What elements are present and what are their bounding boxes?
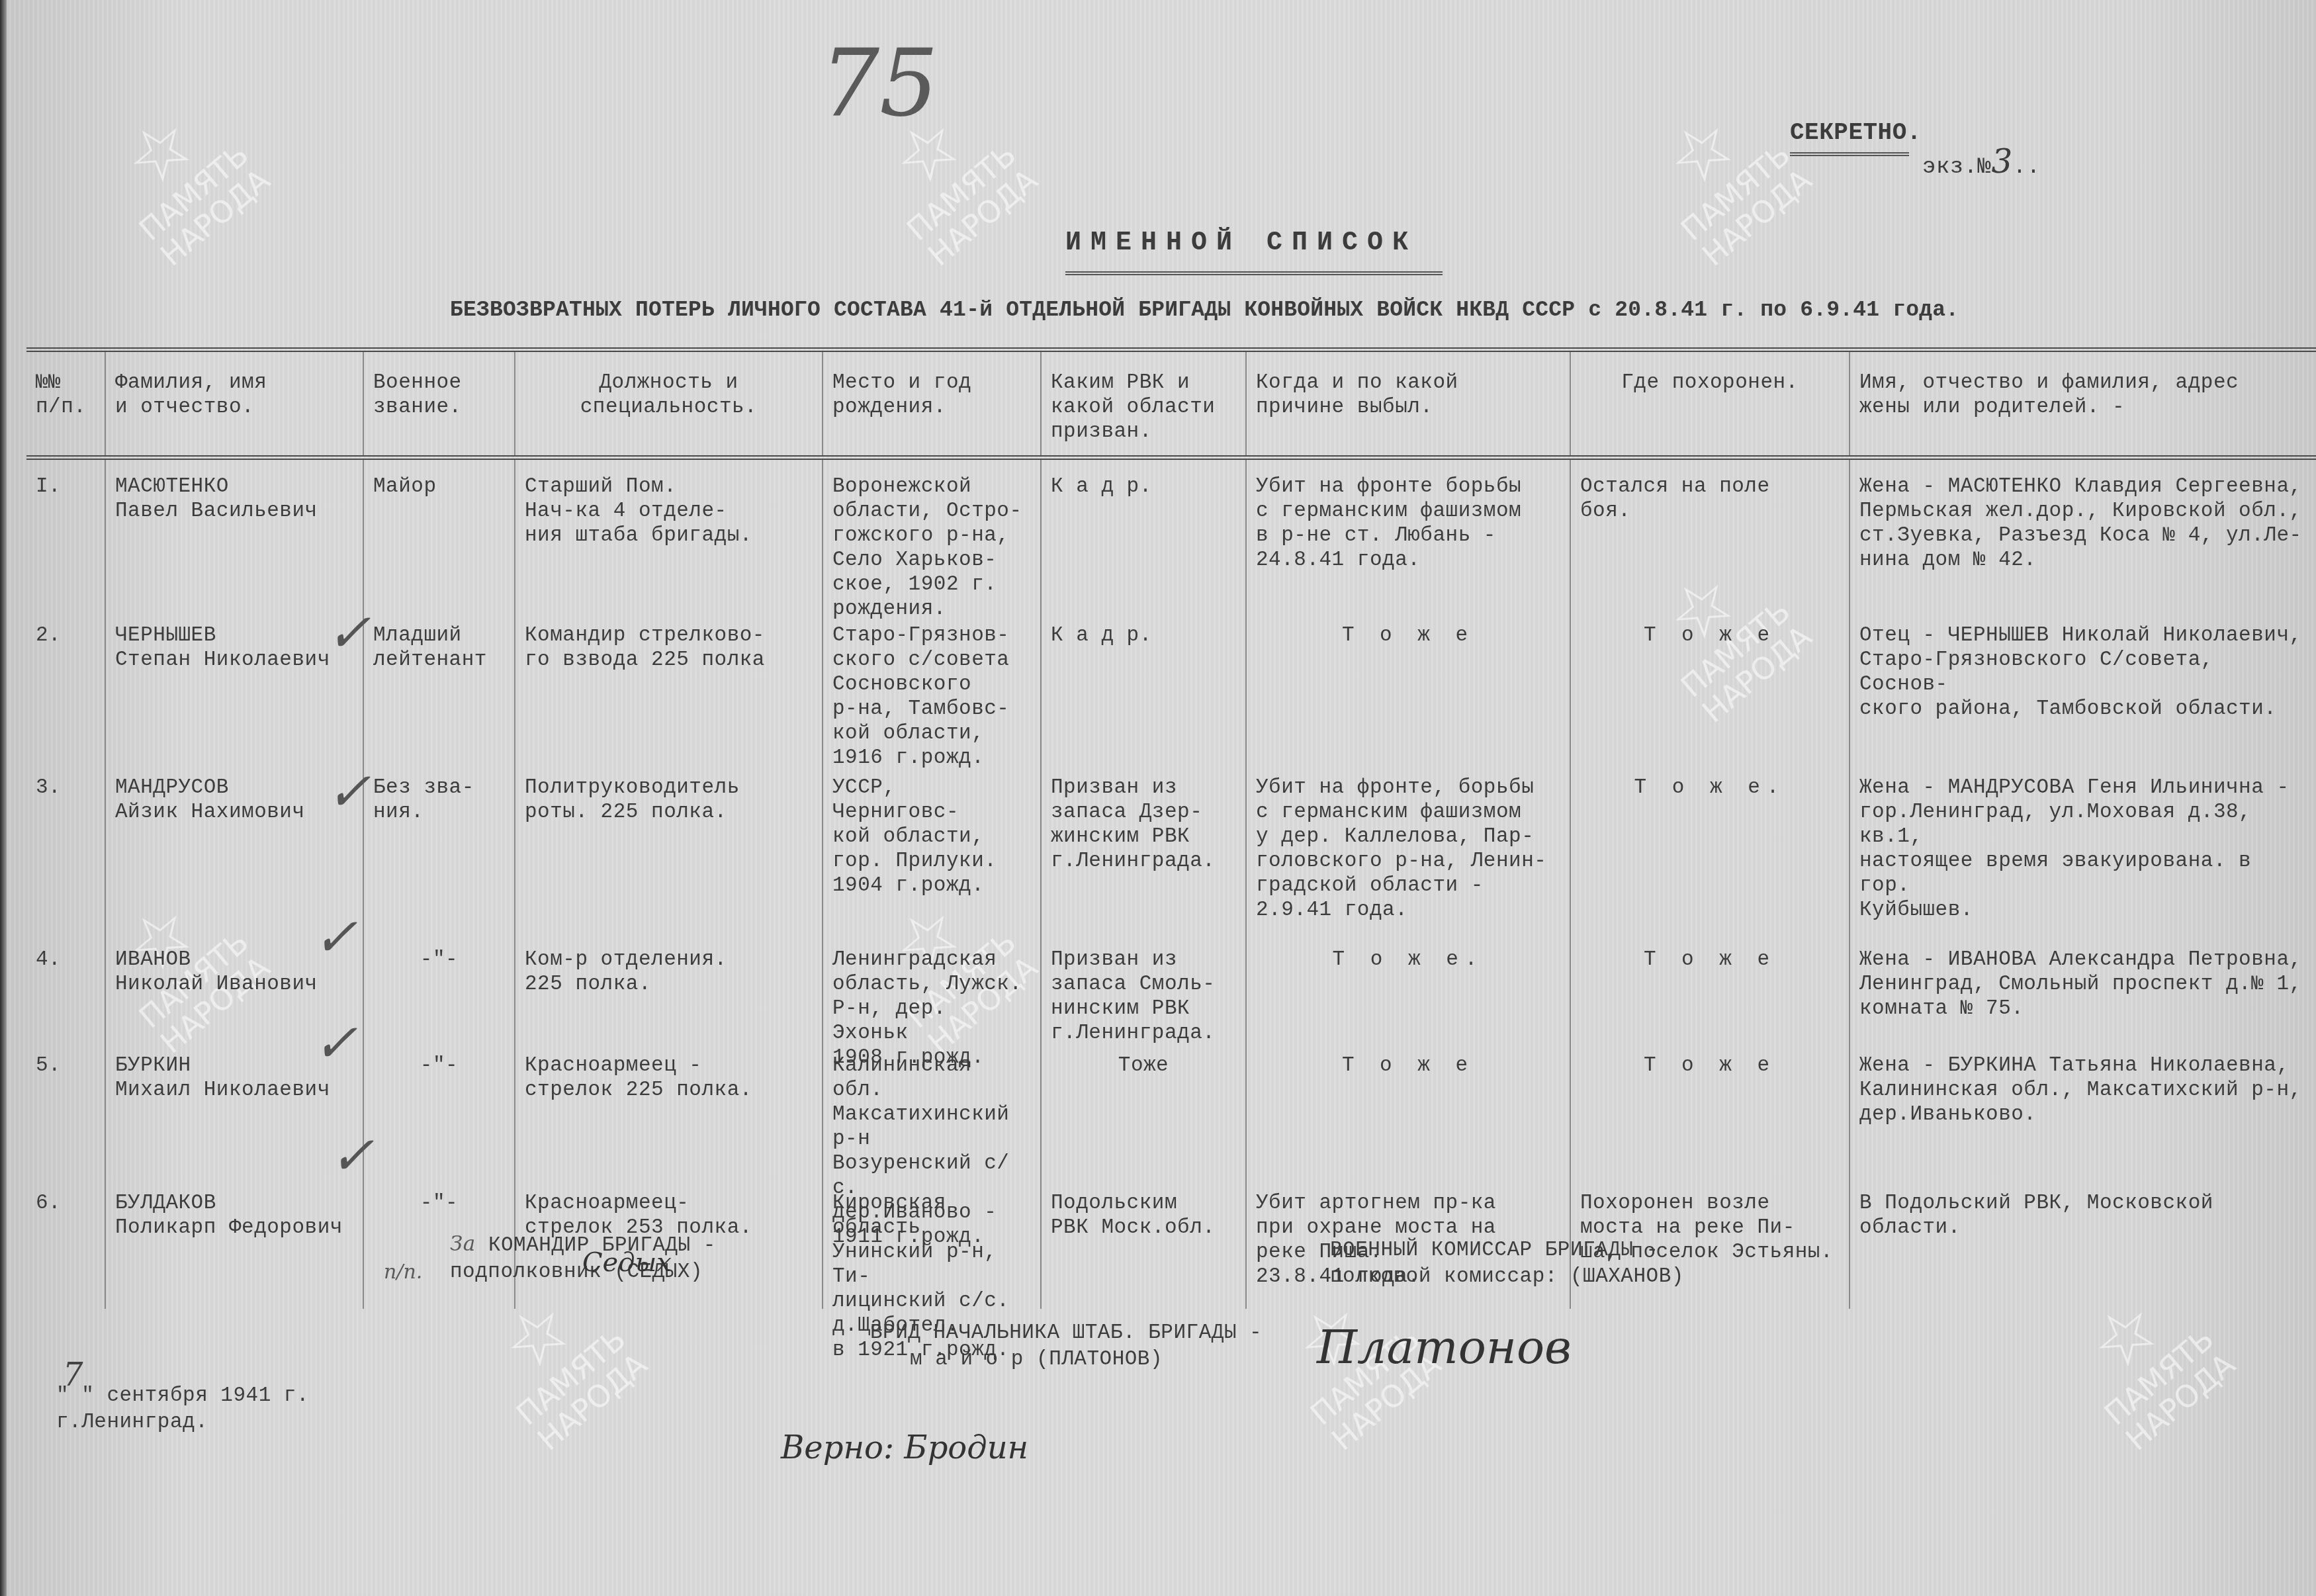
document-title: ИМЕННОЙ СПИСОК bbox=[1065, 228, 1417, 258]
row-birth: Воронежской области, Остро- гожского р-н… bbox=[822, 460, 1040, 609]
row-rank: -"- bbox=[363, 933, 514, 1039]
row-number: 3. bbox=[26, 761, 105, 933]
row-birth: Кировская область Унинский р-н, Ти- лици… bbox=[822, 1191, 1040, 1309]
row-name: БУЛДАКОВ Поликарп Федорович bbox=[105, 1191, 363, 1309]
row-conscripted: Подольским РВК Моск.обл. bbox=[1040, 1191, 1245, 1309]
row-name: ЧЕРНЫШЕВ Степан Николаевич bbox=[105, 609, 363, 761]
chief-rank: м а й о р (ПЛАТОНОВ) bbox=[870, 1347, 1262, 1373]
commissar-title: ВОЕННЫЙ КОМИССАР БРИГАДЫ - bbox=[1330, 1237, 1684, 1264]
header-relatives: Имя, отчество и фамилия, адрес жены или … bbox=[1849, 352, 2316, 455]
copy-number-value: 3 bbox=[1992, 142, 2013, 181]
row-buried: Т о ж е bbox=[1570, 933, 1849, 1039]
watermark: ☆ПАМЯТЬ НАРОДА bbox=[1602, 60, 1852, 304]
row-relatives: Жена - МАНДРУСОВА Геня Ильинична - гор.Л… bbox=[1849, 761, 2316, 933]
row-number: I. bbox=[26, 460, 105, 609]
header-position: Должность и специальность. bbox=[514, 352, 822, 455]
commissar-signature-block: ВОЕННЫЙ КОМИССАР БРИГАДЫ - полковой коми… bbox=[1330, 1237, 1684, 1290]
classification-underline bbox=[1790, 152, 1909, 156]
row-reason: Убит на фронте, борьбы с германским фаши… bbox=[1245, 761, 1570, 933]
star-icon: ☆ bbox=[60, 60, 259, 243]
table-header-row: №№ п/п. Фамилия, имя и отчество. Военное… bbox=[26, 352, 2316, 455]
scan-edge bbox=[0, 0, 7, 1596]
row-conscripted: К а д р. bbox=[1040, 609, 1245, 761]
date-text: " " сентября 1941 г. bbox=[56, 1383, 309, 1409]
document-subtitle: БЕЗВОЗВРАТНЫХ ПОТЕРЬ ЛИЧНОГО СОСТАВА 41-… bbox=[450, 298, 1959, 322]
classification-stamp: СЕКРЕТНО. bbox=[1790, 119, 1922, 146]
table-row: 4. ИВАНОВ Николай Иванович -"- Ком-р отд… bbox=[26, 933, 2316, 1039]
watermark: ☆ПАМЯТЬ НАРОДА bbox=[60, 60, 310, 304]
folio-number: 75 bbox=[821, 30, 938, 138]
chief-signature: Платонов bbox=[1317, 1320, 1572, 1374]
header-conscripted: Каким РВК и какой области призван. bbox=[1040, 352, 1245, 455]
header-number: №№ п/п. bbox=[26, 352, 105, 455]
row-buried: Т о ж е. bbox=[1570, 761, 1849, 933]
row-relatives: Жена - МАСЮТЕНКО Клавдия Сергеевна, Перм… bbox=[1849, 460, 2316, 609]
table-header-rule bbox=[26, 455, 2316, 460]
row-position: Ком-р отделения. 225 полка. bbox=[514, 933, 822, 1039]
row-reason: Убит на фронте борьбы с германским фашиз… bbox=[1245, 460, 1570, 609]
row-buried: Т о ж е bbox=[1570, 1039, 1849, 1191]
commander-za: За bbox=[450, 1232, 476, 1256]
row-position: Старший Пом. Нач-ка 4 отделе- ния штаба … bbox=[514, 460, 822, 609]
row-relatives: Отец - ЧЕРНЫШЕВ Николай Николаевич, Стар… bbox=[1849, 609, 2316, 761]
title-underline bbox=[1065, 271, 1443, 275]
row-buried: Остался на поле боя. bbox=[1570, 460, 1849, 609]
header-birth: Место и год рождения. bbox=[822, 352, 1040, 455]
row-number: 5. bbox=[26, 1039, 105, 1191]
row-number: 2. bbox=[26, 609, 105, 761]
row-position: Политруководитель роты. 225 полка. bbox=[514, 761, 822, 933]
commander-prefix: п/п. bbox=[384, 1261, 422, 1284]
row-birth: Калининская обл. Максатихинский р-н Возу… bbox=[822, 1039, 1040, 1191]
copy-number: экз.№3.. bbox=[1922, 142, 2041, 181]
row-number: 4. bbox=[26, 933, 105, 1039]
row-rank: -"- bbox=[363, 1039, 514, 1191]
header-name: Фамилия, имя и отчество. bbox=[105, 352, 363, 455]
commissar-rank: полковой комиссар: (ШАХАНОВ) bbox=[1330, 1264, 1684, 1290]
header-reason: Когда и по какой причине выбыл. bbox=[1245, 352, 1570, 455]
date-block: " " сентября 1941 г. г.Ленинград. bbox=[56, 1383, 309, 1436]
row-position: Красноармеец - стрелок 225 полка. bbox=[514, 1039, 822, 1191]
table-top-rule bbox=[26, 347, 2316, 352]
row-relatives: В Подольский РВК, Московской области. bbox=[1849, 1191, 2316, 1309]
header-buried: Где похоронен. bbox=[1570, 352, 1849, 455]
star-icon: ☆ bbox=[1602, 60, 1801, 243]
header-rank: Военное звание. bbox=[363, 352, 514, 455]
row-position: Командир стрелково- го взвода 225 полка bbox=[514, 609, 822, 761]
row-conscripted: К а д р. bbox=[1040, 460, 1245, 609]
row-reason: Т о ж е bbox=[1245, 609, 1570, 761]
commander-signature: Седых bbox=[582, 1247, 672, 1278]
row-relatives: Жена - ИВАНОВА Александра Петровна, Лени… bbox=[1849, 933, 2316, 1039]
row-rank: Младший лейтенант bbox=[363, 609, 514, 761]
city: г.Ленинград. bbox=[56, 1409, 309, 1436]
row-conscripted: Призван из запаса Дзер- жинским РВК г.Ле… bbox=[1040, 761, 1245, 933]
row-reason: Т о ж е bbox=[1245, 1039, 1570, 1191]
table-row: 6. БУЛДАКОВ Поликарп Федорович -"- Красн… bbox=[26, 1191, 2316, 1309]
row-name: МАНДРУСОВ Айзик Нахимович bbox=[105, 761, 363, 933]
row-birth: Старо-Грязнов- ского с/совета Сосновског… bbox=[822, 609, 1040, 761]
row-buried: Т о ж е bbox=[1570, 609, 1849, 761]
certified-signature: Верно: Бродин bbox=[781, 1429, 1028, 1466]
chief-of-staff-block: ВРИД НАЧАЛЬНИКА ШТАБ. БРИГАДЫ - м а й о … bbox=[870, 1320, 1262, 1373]
row-conscripted: Тоже bbox=[1040, 1039, 1245, 1191]
copy-label: экз.№ bbox=[1922, 155, 1992, 180]
chief-title: ВРИД НАЧАЛЬНИКА ШТАБ. БРИГАДЫ - bbox=[870, 1320, 1262, 1347]
row-birth: Ленинградская область, Лужск. Р-н, дер. … bbox=[822, 933, 1040, 1039]
row-conscripted: Призван из запаса Смоль- нинским РВК г.Л… bbox=[1040, 933, 1245, 1039]
row-rank: Майор bbox=[363, 460, 514, 609]
row-rank: Без зва- ния. bbox=[363, 761, 514, 933]
row-number: 6. bbox=[26, 1191, 105, 1309]
row-relatives: Жена - БУРКИНА Татьяна Николаевна, Калин… bbox=[1849, 1039, 2316, 1191]
row-birth: УССР, Черниговс- кой области, гор. Прилу… bbox=[822, 761, 1040, 933]
row-name: МАСЮТЕНКО Павел Васильевич bbox=[105, 460, 363, 609]
table-row: I. МАСЮТЕНКО Павел Васильевич Майор Стар… bbox=[26, 460, 2316, 609]
row-reason: Т о ж е. bbox=[1245, 933, 1570, 1039]
